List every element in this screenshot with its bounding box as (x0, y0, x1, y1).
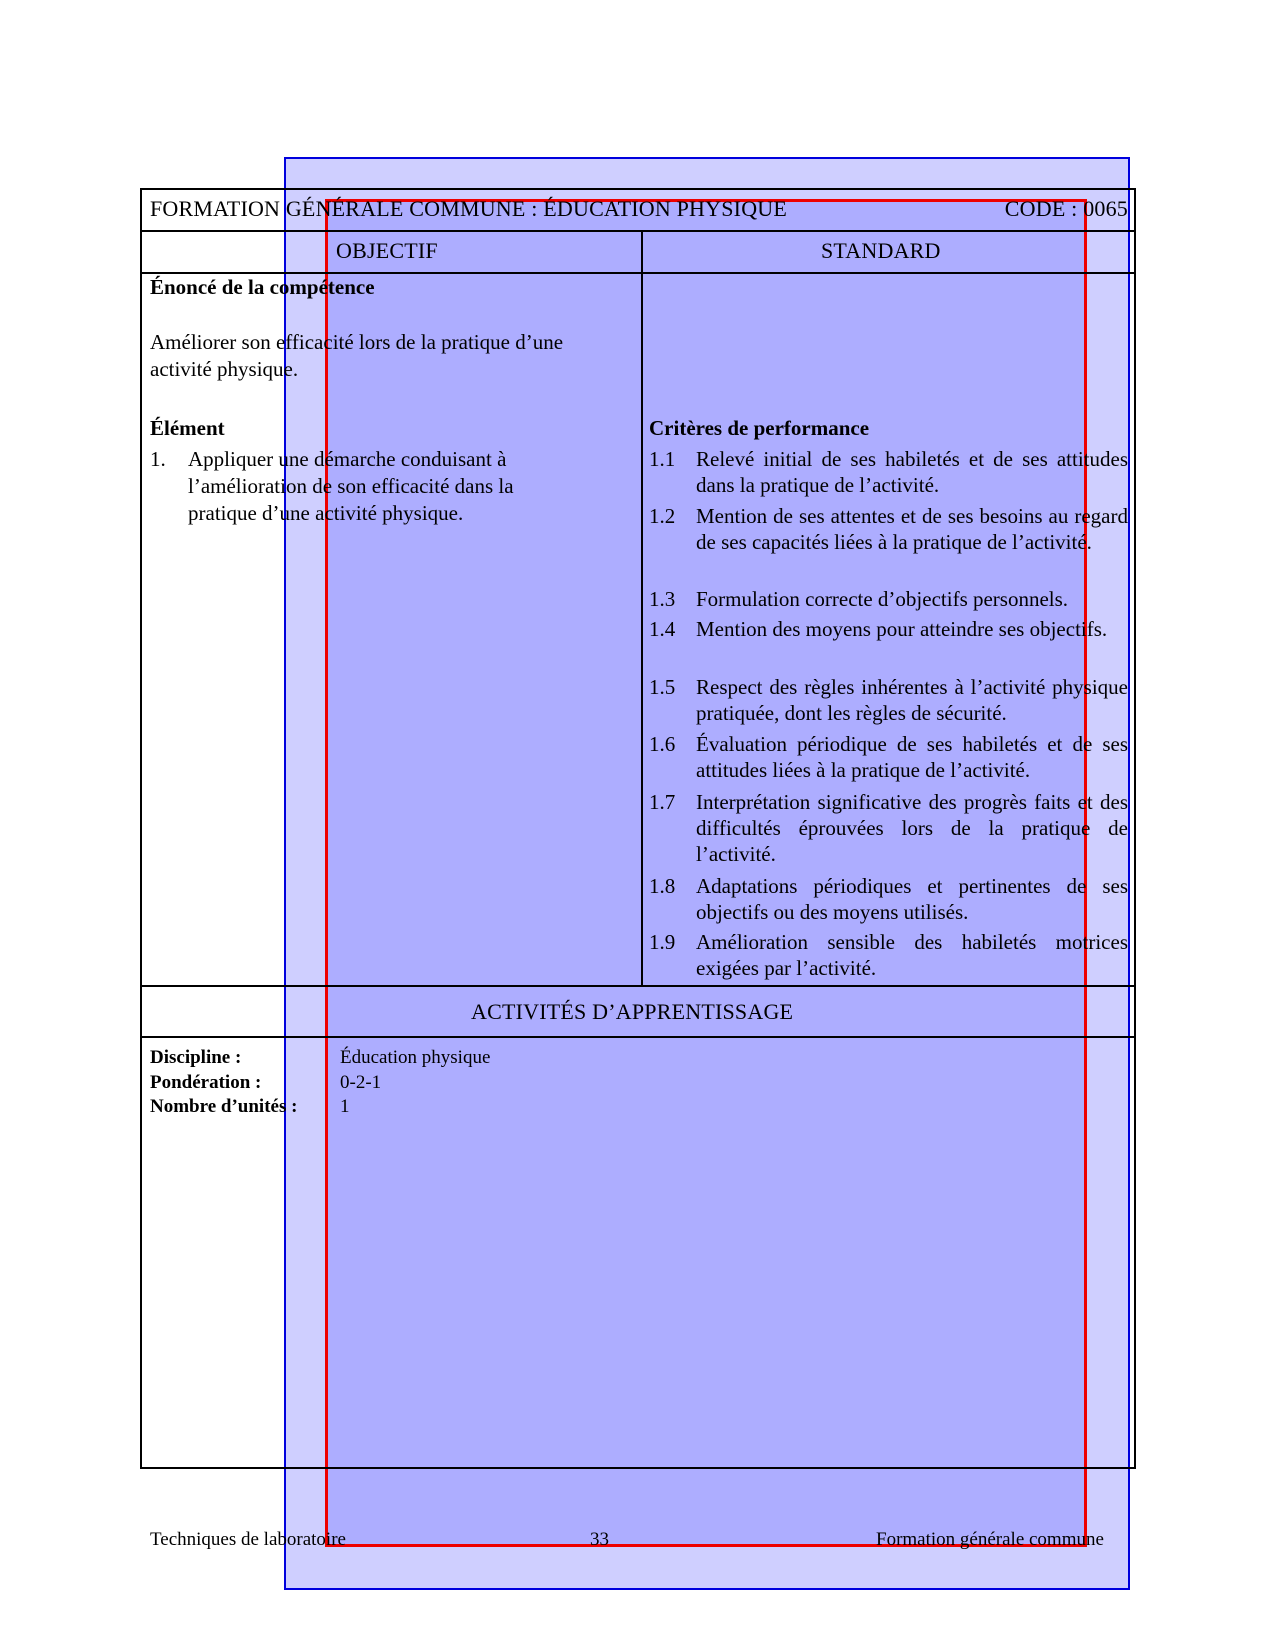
competency-table: FORMATION GÉNÉRALE COMMUNE : ÉDUCATION P… (140, 188, 1136, 1469)
criterion-text: Évaluation périodique de ses habiletés e… (696, 731, 1128, 783)
discipline-value: Éducation physique (340, 1046, 490, 1070)
criterion-number: 1.9 (649, 929, 675, 955)
discipline-label: Discipline : (150, 1046, 241, 1070)
criterion-number: 1.7 (649, 789, 675, 815)
criterion-number: 1.3 (649, 586, 675, 612)
column-divider (641, 230, 643, 987)
rule-criteria-end (142, 985, 1134, 987)
element-heading: Élément (150, 415, 225, 441)
document-page: FORMATION GÉNÉRALE COMMUNE : ÉDUCATION P… (0, 0, 1275, 1651)
competence-line: Améliorer son efficacité lors de la prat… (150, 329, 563, 355)
competence-heading: Énoncé de la compétence (150, 274, 375, 300)
criterion-number: 1.8 (649, 873, 675, 899)
column-standard: STANDARD (821, 238, 941, 264)
footer-program: Techniques de laboratoire (150, 1528, 346, 1552)
unites-label: Nombre d’unités : (150, 1095, 297, 1119)
element-line: l’amélioration de son efficacité dans la (188, 473, 514, 499)
ponderation-label: Pondération : (150, 1071, 261, 1095)
criterion-text: Formulation correcte d’objectifs personn… (696, 586, 1128, 612)
criterion-text: Amélioration sensible des habiletés motr… (696, 929, 1128, 981)
footer-section: Formation générale commune (876, 1528, 1104, 1552)
criterion-number: 1.5 (649, 674, 675, 700)
activities-heading: ACTIVITÉS D’APPRENTISSAGE (471, 999, 793, 1025)
competence-line: activité physique. (150, 356, 298, 382)
column-objectif: OBJECTIF (336, 238, 438, 264)
criterion-text: Adaptations périodiques et pertinentes d… (696, 873, 1128, 925)
criterion-text: Respect des règles inhérentes à l’activi… (696, 674, 1128, 726)
ponderation-value: 0-2-1 (340, 1071, 381, 1095)
criterion-number: 1.6 (649, 731, 675, 757)
criterion-text: Mention de ses attentes et de ses besoin… (696, 503, 1128, 555)
criterion-text: Relevé initial de ses habiletés et de se… (696, 446, 1128, 498)
criterion-number: 1.1 (649, 446, 675, 472)
element-line: pratique d’une activité physique. (188, 500, 463, 526)
criterion-text: Interprétation significative des progrès… (696, 789, 1128, 867)
element-line: Appliquer une démarche conduisant à (188, 446, 506, 472)
course-code: CODE : 0065 (1005, 196, 1128, 222)
criterion-number: 1.2 (649, 503, 675, 529)
criteria-heading: Critères de performance (649, 415, 869, 441)
footer-page-number: 33 (590, 1528, 609, 1552)
criterion-text: Mention des moyens pour atteindre ses ob… (696, 616, 1128, 642)
criterion-number: 1.4 (649, 616, 675, 642)
header-title: FORMATION GÉNÉRALE COMMUNE : ÉDUCATION P… (150, 196, 787, 222)
rule-header (142, 230, 1134, 232)
element-number: 1. (150, 446, 166, 472)
rule-activities (142, 1036, 1134, 1038)
unites-value: 1 (340, 1095, 350, 1119)
